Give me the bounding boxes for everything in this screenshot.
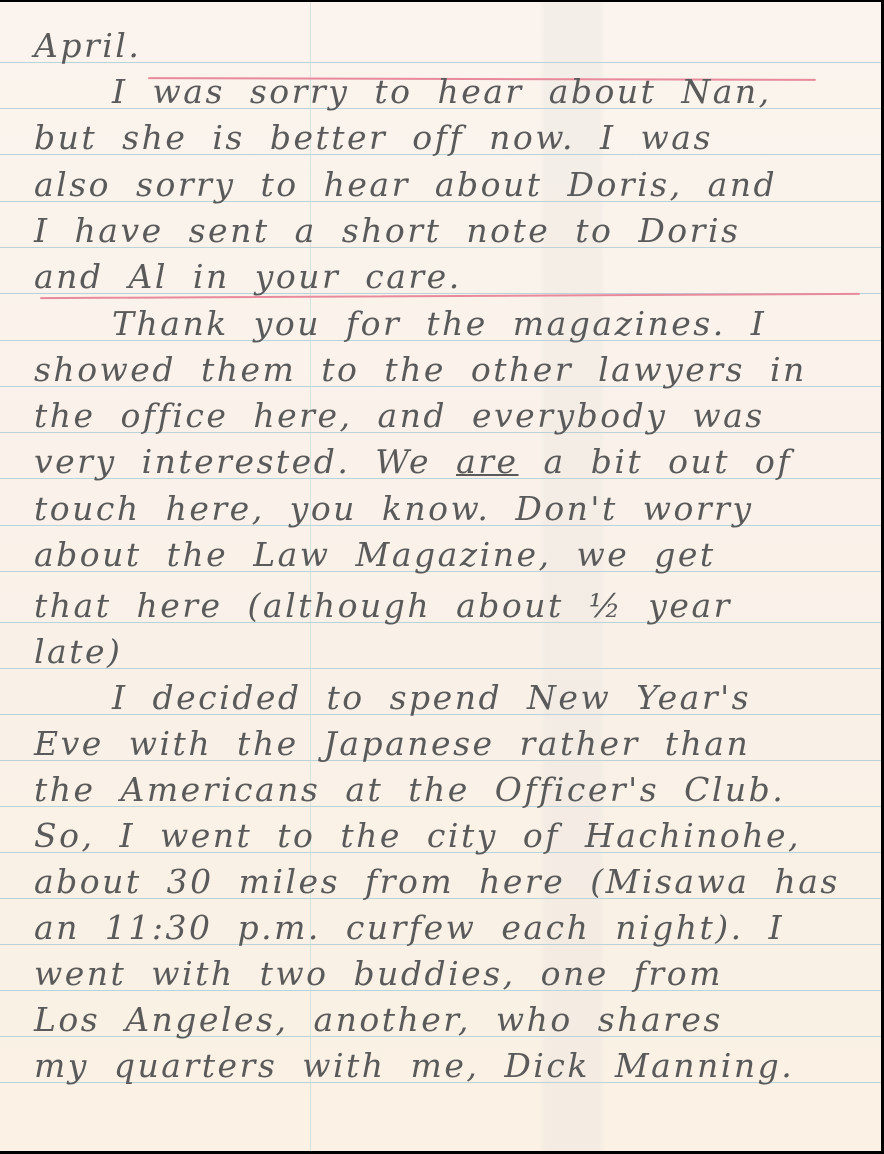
line-text: very interested. We — [34, 442, 456, 481]
letter-line: also sorry to hear about Doris, and — [34, 165, 777, 205]
letter-line: an 11:30 p.m. curfew each night). I — [34, 908, 784, 948]
letter-line: about 30 miles from here (Misawa has — [34, 862, 840, 902]
letter-line: showed them to the other lawyers in — [34, 350, 807, 390]
letter-line: I have sent a short note to Doris — [34, 211, 740, 251]
letter-line: Los Angeles, another, who shares — [34, 1000, 723, 1040]
letter-line: that here (although about ½ year — [34, 586, 732, 626]
letter-line: and Al in your care. — [34, 257, 462, 297]
letter-line: Thank you for the magazines. I — [112, 304, 766, 344]
letter-line: Eve with the Japanese rather than — [34, 724, 750, 764]
ruled-line — [0, 668, 881, 669]
underlined-word: are — [456, 442, 518, 481]
letter-line: the office here, and everybody was — [34, 396, 765, 436]
letter-line: late) — [34, 632, 122, 672]
letter-line: April. — [34, 26, 141, 66]
letter-line: the Americans at the Officer's Club. — [34, 770, 785, 810]
letter-line: touch here, you know. Don't worry — [34, 489, 754, 529]
letter-line: but she is better off now. I was — [34, 118, 713, 158]
letter-line: went with two buddies, one from — [34, 954, 723, 994]
letter-line: I was sorry to hear about Nan, — [112, 72, 772, 112]
letter-page: April. I was sorry to hear about Nan, bu… — [0, 2, 881, 1151]
letter-line: So, I went to the city of Hachinohe, — [34, 816, 801, 856]
letter-line: about the Law Magazine, we get — [34, 535, 716, 575]
letter-line: my quarters with me, Dick Manning. — [34, 1046, 794, 1086]
letter-line: I decided to spend New Year's — [112, 678, 751, 718]
line-text: a bit out of — [519, 442, 793, 481]
letter-line: very interested. We are a bit out of — [34, 442, 792, 482]
